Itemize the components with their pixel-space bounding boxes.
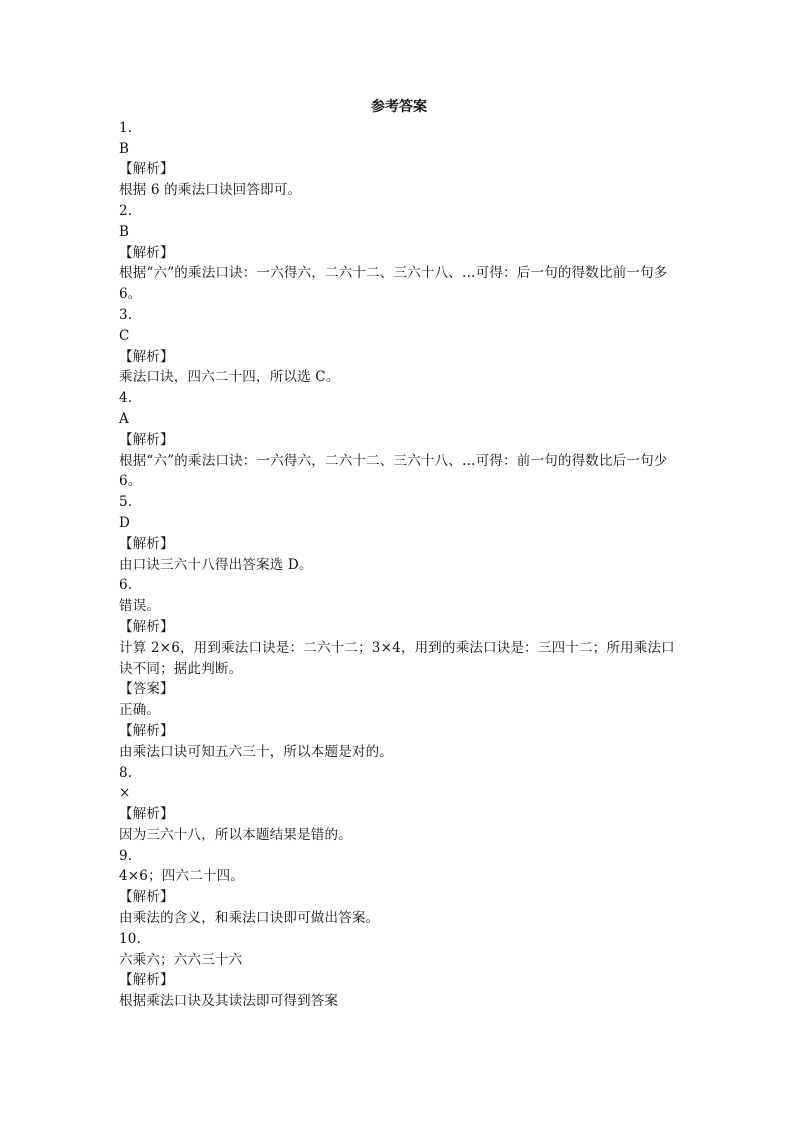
answer-label: 【答案】 bbox=[119, 679, 679, 700]
analysis-text: 根据“六”的乘法口诀：一六得六，二六十二、三六十八、…可得：前一句的得数比后一句… bbox=[119, 451, 679, 493]
analysis-label: 【解析】 bbox=[119, 534, 679, 555]
analysis-text: 乘法口诀，四六二十四，所以选 C。 bbox=[119, 367, 679, 388]
answer-text: B bbox=[119, 222, 679, 243]
question-number: 9. bbox=[119, 846, 679, 867]
question-number: 5. bbox=[119, 492, 679, 513]
analysis-label: 【解析】 bbox=[119, 887, 679, 908]
question-number: 3. bbox=[119, 305, 679, 326]
analysis-label: 【解析】 bbox=[119, 159, 679, 180]
analysis-label: 【解析】 bbox=[119, 970, 679, 991]
analysis-label: 【解析】 bbox=[119, 243, 679, 264]
answer-text: 错误。 bbox=[119, 596, 679, 617]
question-number: 6. bbox=[119, 575, 679, 596]
analysis-text: 计算 2×6，用到乘法口诀是：二六十二；3×4，用到的乘法口诀是：三四十二；所用… bbox=[119, 638, 679, 680]
analysis-text: 由口诀三六十八得出答案选 D。 bbox=[119, 555, 679, 576]
answer-text: × bbox=[119, 783, 679, 804]
analysis-text: 根据 6 的乘法口诀回答即可。 bbox=[119, 180, 679, 201]
analysis-label: 【解析】 bbox=[119, 347, 679, 368]
analysis-text: 根据“六”的乘法口诀：一六得六，二六十二、三六十八、…可得：后一句的得数比前一句… bbox=[119, 263, 679, 305]
answer-text: C bbox=[119, 326, 679, 347]
question-number: 4. bbox=[119, 388, 679, 409]
answer-text: 六乘六；六六三十六 bbox=[119, 950, 679, 971]
analysis-label: 【解析】 bbox=[119, 617, 679, 638]
answer-text: 正确。 bbox=[119, 700, 679, 721]
answer-text: B bbox=[119, 139, 679, 160]
question-number: 2. bbox=[119, 201, 679, 222]
question-number: 10. bbox=[119, 929, 679, 950]
question-number: 8. bbox=[119, 763, 679, 784]
page-title: 参考答案 bbox=[119, 97, 679, 117]
analysis-label: 【解析】 bbox=[119, 430, 679, 451]
answer-text: 4×6；四六二十四。 bbox=[119, 866, 679, 887]
analysis-label: 【解析】 bbox=[119, 721, 679, 742]
answer-text: D bbox=[119, 513, 679, 534]
analysis-label: 【解析】 bbox=[119, 804, 679, 825]
analysis-text: 由乘法的含义，和乘法口诀即可做出答案。 bbox=[119, 908, 679, 929]
answer-key-page: 参考答案 1. B 【解析】 根据 6 的乘法口诀回答即可。 2. B 【解析】… bbox=[119, 97, 679, 1012]
analysis-text: 因为三六十八，所以本题结果是错的。 bbox=[119, 825, 679, 846]
analysis-text: 由乘法口诀可知五六三十，所以本题是对的。 bbox=[119, 742, 679, 763]
analysis-text: 根据乘法口诀及其读法即可得到答案 bbox=[119, 991, 679, 1012]
answer-text: A bbox=[119, 409, 679, 430]
question-number: 1. bbox=[119, 118, 679, 139]
